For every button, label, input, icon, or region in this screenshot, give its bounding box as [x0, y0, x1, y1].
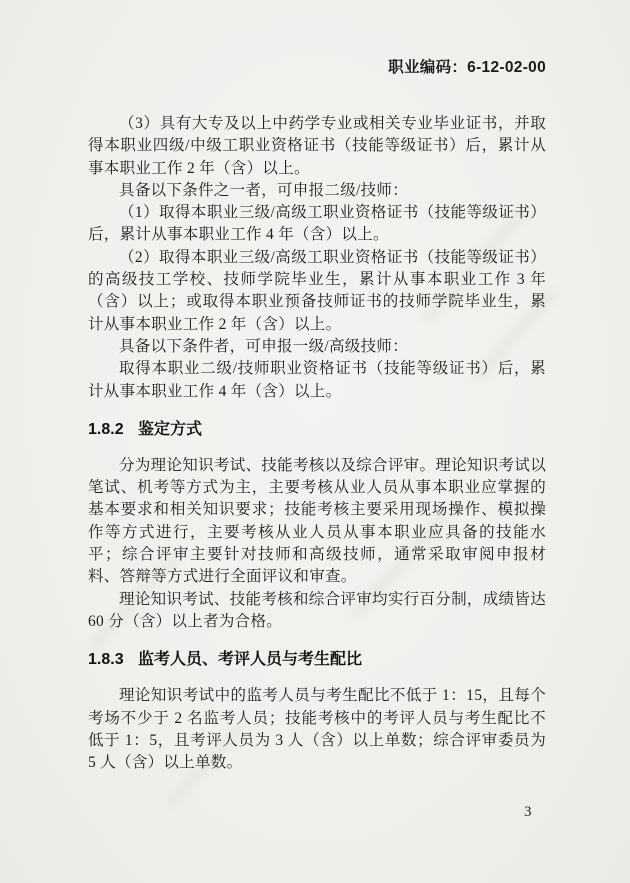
- paragraph-level2-cond1: （1）取得本职业三级/高级工职业资格证书（技能等级证书）后，累计从事本职业工作 …: [88, 202, 546, 247]
- section-number: 1.8.3: [88, 651, 124, 668]
- paragraph-assessment-methods: 分为理论知识考试、技能考核以及综合评审。理论知识考试以笔试、机考等方式为主，主要…: [88, 455, 546, 589]
- section-number: 1.8.2: [88, 421, 124, 438]
- paragraph-diploma-level4: （3）具有大专及以上中药学专业或相关专业毕业证书，并取得本职业四级/中级工职业资…: [88, 113, 546, 180]
- paragraph-level1-intro: 具备以下条件者，可申报一级/高级技师：: [88, 336, 546, 358]
- paragraph-passing-score: 理论知识考试、技能考核和综合评审均实行百分制，成绩皆达 60 分（含）以上者为合…: [88, 589, 546, 634]
- qualification-paragraphs: （3）具有大专及以上中药学专业或相关专业毕业证书，并取得本职业四级/中级工职业资…: [88, 113, 546, 403]
- page-number: 3: [524, 804, 532, 821]
- section-heading-1-8-3: 1.8.3监考人员、考评人员与考生配比: [88, 649, 546, 671]
- proctor-ratio-paragraphs: 理论知识考试中的监考人员与考生配比不低于 1：15，且每个考场不少于 2 名监考…: [88, 685, 546, 774]
- section-title: 鉴定方式: [138, 421, 202, 438]
- paragraph-proctor-ratios: 理论知识考试中的监考人员与考生配比不低于 1：15，且每个考场不少于 2 名监考…: [88, 685, 546, 774]
- paragraph-level2-intro: 具备以下条件之一者，可申报二级/技师：: [88, 180, 546, 202]
- section-title: 监考人员、考评人员与考生配比: [138, 651, 362, 668]
- page-content: 职业编码：6-12-02-00 （3）具有大专及以上中药学专业或相关专业毕业证书…: [88, 0, 546, 774]
- document-page: 职业编码：6-12-02-00 （3）具有大专及以上中药学专业或相关专业毕业证书…: [0, 0, 630, 883]
- occupation-code-header: 职业编码：6-12-02-00: [88, 0, 546, 78]
- paragraph-level2-cond2: （2）取得本职业三级/高级工职业资格证书（技能等级证书）的高级技工学校、技师学院…: [88, 247, 546, 336]
- assessment-method-paragraphs: 分为理论知识考试、技能考核以及综合评审。理论知识考试以笔试、机考等方式为主，主要…: [88, 455, 546, 633]
- section-heading-1-8-2: 1.8.2鉴定方式: [88, 419, 546, 441]
- paragraph-level1-cond: 取得本职业二级/技师职业资格证书（技能等级证书）后，累计从事本职业工作 4 年（…: [88, 358, 546, 403]
